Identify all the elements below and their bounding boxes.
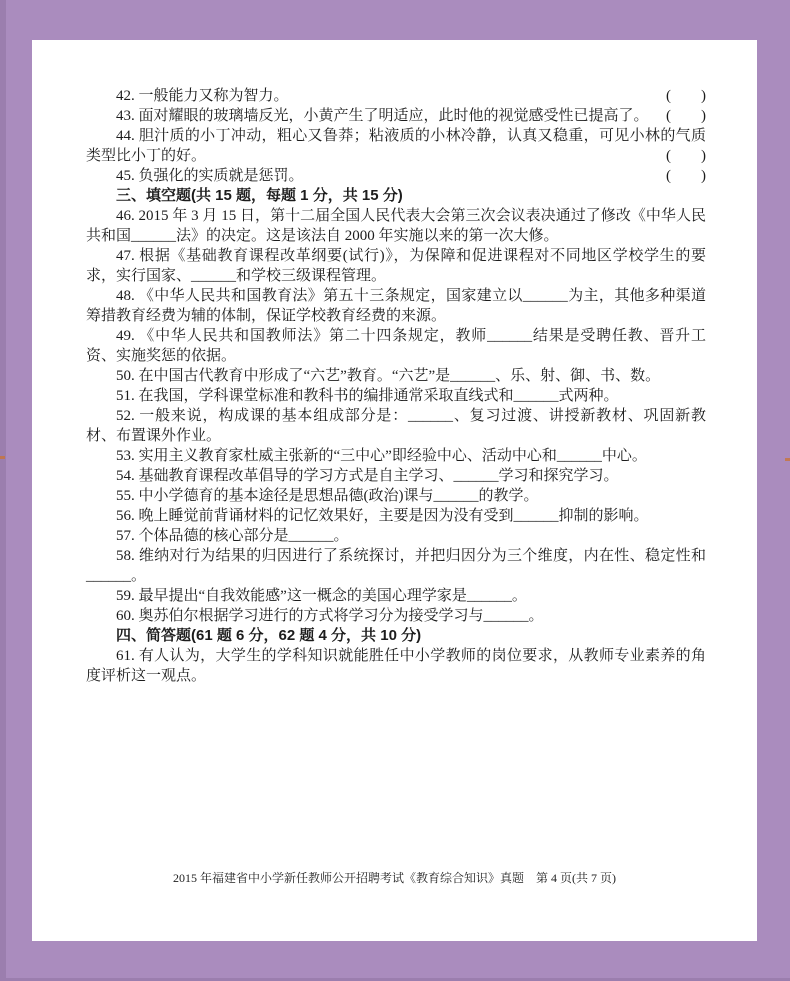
question-text: 43. 面对耀眼的玻璃墙反光，小黄产生了明适应，此时他的视觉感受性已提高了。 xyxy=(116,108,649,124)
question-55: 55. 中小学德育的基本途径是思想品德(政治)课与______的教学。 xyxy=(86,486,706,506)
question-54: 54. 基础教育课程改革倡导的学习方式是自主学习、______学习和探究学习。 xyxy=(86,466,706,486)
question-46: 46. 2015 年 3 月 15 日，第十二届全国人民代表大会第三次会议表决通… xyxy=(86,206,706,246)
question-43: 43. 面对耀眼的玻璃墙反光，小黄产生了明适应，此时他的视觉感受性已提高了。 (… xyxy=(86,106,706,126)
question-48: 48. 《中华人民共和国教育法》第五十三条规定，国家建立以______为主，其他… xyxy=(86,286,706,326)
question-text: 42. 一般能力又称为智力。 xyxy=(116,88,289,104)
section-heading-fill-in-blank: 三、填空题(共 15 题，每题 1 分，共 15 分) xyxy=(86,186,706,206)
left-edge-mark xyxy=(0,456,5,459)
question-47: 47. 根据《基础教育课程改革纲要(试行)》，为保障和促进课程对不同地区学校学生… xyxy=(86,246,706,286)
question-53: 53. 实用主义教育家杜威主张新的“三中心”即经验中心、活动中心和______中… xyxy=(86,446,706,466)
answer-bracket: () xyxy=(666,166,706,186)
question-58: 58. 维纳对行为结果的归因进行了系统探讨，并把归因分为三个维度，内在性、稳定性… xyxy=(86,546,706,586)
question-50: 50. 在中国古代教育中形成了“六艺”教育。“六艺”是______、乐、射、御、… xyxy=(86,366,706,386)
answer-bracket: () xyxy=(666,106,706,126)
question-text: 45. 负强化的实质就是惩罚。 xyxy=(116,168,304,184)
question-51: 51. 在我国，学科课堂标准和教科书的编排通常采取直线式和______式两种。 xyxy=(86,386,706,406)
question-49: 49. 《中华人民共和国教师法》第二十四条规定，教师______结果是受聘任教、… xyxy=(86,326,706,366)
exam-page: 42. 一般能力又称为智力。 () 43. 面对耀眼的玻璃墙反光，小黄产生了明适… xyxy=(32,40,757,941)
scan-edge-left xyxy=(0,0,6,981)
question-44: 44. 胆汁质的小丁冲动，粗心又鲁莽；粘液质的小林冷静，认真又稳重，可见小林的气… xyxy=(86,126,706,166)
question-45: 45. 负强化的实质就是惩罚。 () xyxy=(86,166,706,186)
question-57: 57. 个体品德的核心部分是______。 xyxy=(86,526,706,546)
right-edge-mark xyxy=(785,458,790,461)
answer-bracket: () xyxy=(666,86,706,106)
question-60: 60. 奥苏伯尔根据学习进行的方式将学习分为接受学习与______。 xyxy=(86,606,706,626)
question-59: 59. 最早提出“自我效能感”这一概念的美国心理学家是______。 xyxy=(86,586,706,606)
page-footer: 2015 年福建省中小学新任教师公开招聘考试《教育综合知识》真题 第 4 页(共… xyxy=(32,870,757,886)
question-61: 61. 有人认为，大学生的学科知识就能胜任中小学教师的岗位要求，从教师专业素养的… xyxy=(86,646,706,686)
question-56: 56. 晚上睡觉前背诵材料的记忆效果好，主要是因为没有受到______抑制的影响… xyxy=(86,506,706,526)
question-text: 44. 胆汁质的小丁冲动，粗心又鲁莽；粘液质的小林冷静，认真又稳重，可见小林的气… xyxy=(86,128,706,164)
exam-body: 42. 一般能力又称为智力。 () 43. 面对耀眼的玻璃墙反光，小黄产生了明适… xyxy=(86,86,706,686)
section-heading-short-answer: 四、简答题(61 题 6 分，62 题 4 分，共 10 分) xyxy=(86,626,706,646)
answer-bracket: () xyxy=(666,146,706,166)
question-42: 42. 一般能力又称为智力。 () xyxy=(86,86,706,106)
question-52: 52. 一般来说，构成课的基本组成部分是：______、复习过渡、讲授新教材、巩… xyxy=(86,406,706,446)
